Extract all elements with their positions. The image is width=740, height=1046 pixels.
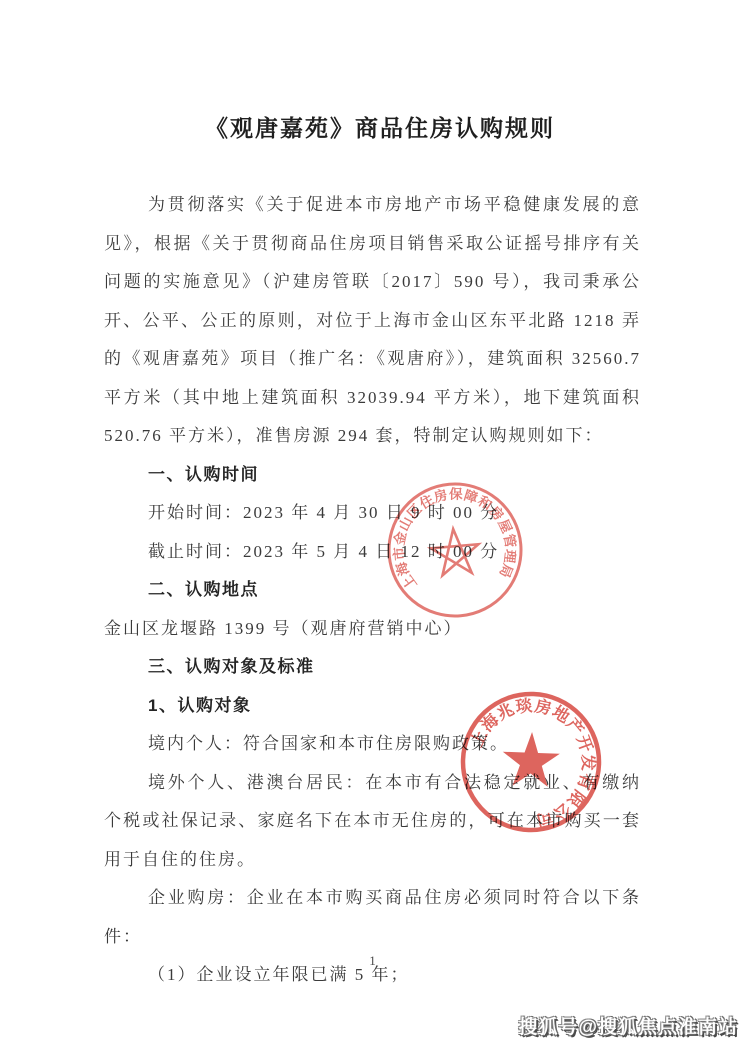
scanned-document-page: 《观唐嘉苑》商品住房认购规则 为贯彻落实《关于促进本市房地产市场平稳健康发展的意…	[0, 0, 740, 1046]
official-seal-housing-bureau: 上海市金山区住房保障和房屋管理局	[374, 469, 537, 632]
official-seal-developer: 上海兆琰房地产开发有限公司	[453, 684, 608, 839]
line-enterprise-purchase: 企业购房：企业在本市购买商品住房必须同时符合以下条件：	[104, 879, 641, 956]
document-body: 为贯彻落实《关于促进本市房地产市场平稳健康发展的意见》，根据《关于贯彻商品住房项…	[104, 186, 641, 995]
document-title: 《观唐嘉苑》商品住房认购规则	[110, 110, 650, 143]
section-heading-purchase-location: 二、认购地点	[104, 571, 641, 610]
watermark-sohu: 搜狐号@搜狐焦点淮南站	[518, 1012, 738, 1039]
star-icon	[429, 527, 480, 576]
section-heading-purchase-time: 一、认购时间	[104, 456, 641, 495]
line-end-time: 截止时间：2023 年 5 月 4 日 12 时 00 分	[104, 533, 641, 572]
section-heading-purchase-targets: 三、认购对象及标准	[104, 648, 641, 687]
page-number: 1	[104, 953, 641, 969]
star-icon	[502, 731, 561, 787]
line-start-time: 开始时间：2023 年 4 月 30 日 9 时 00 分	[104, 494, 641, 533]
line-location-address: 金山区龙堰路 1399 号（观唐府营销中心）	[104, 610, 641, 649]
seal-arc-text: 上海市金山区住房保障和房屋管理局	[385, 480, 522, 593]
paragraph-intro: 为贯彻落实《关于促进本市房地产市场平稳健康发展的意见》，根据《关于贯彻商品住房项…	[104, 186, 641, 456]
